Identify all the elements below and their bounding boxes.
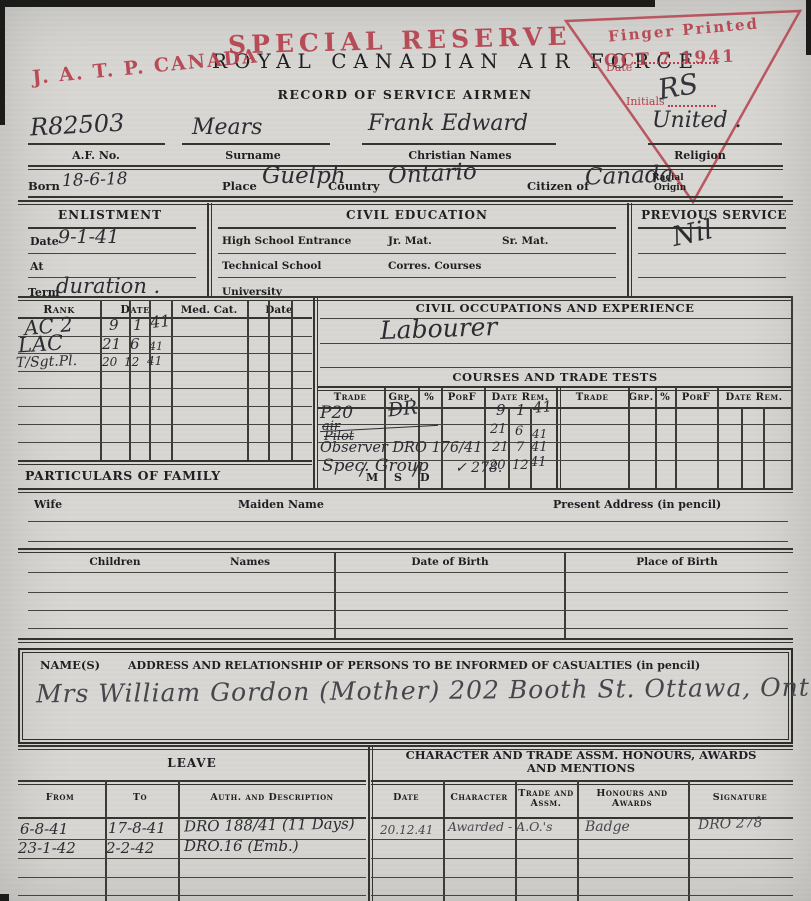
rank-row-value: 41 <box>147 355 162 367</box>
courses-header: COURSES AND TRADE TESTS <box>452 372 657 384</box>
char-honours-header: Awards <box>612 799 652 809</box>
enlist-at-label: At <box>30 261 43 272</box>
date-stamp-label: Date <box>606 62 632 73</box>
racial-origin-label: Racial <box>652 174 684 183</box>
born-value: 18-6-18 <box>62 171 128 190</box>
names-header: Names <box>230 557 270 568</box>
rule <box>18 424 312 425</box>
course-row-value: 41 <box>532 399 552 416</box>
corres-label: Corres. Courses <box>388 261 481 272</box>
rule <box>577 780 579 901</box>
maiden-name-label: Maiden Name <box>238 499 324 510</box>
character-row-value: 20.12.41 <box>380 824 433 836</box>
family-tick: ∕ <box>360 461 366 479</box>
rule <box>28 521 788 522</box>
course-row-value: 12 <box>512 459 529 472</box>
char-date-header: Date <box>393 793 419 803</box>
rank-row-value: 1 <box>133 318 143 333</box>
family-m-label: M <box>366 472 378 483</box>
rule <box>556 388 561 488</box>
rule <box>171 300 173 460</box>
rule <box>18 839 366 840</box>
rule <box>18 388 312 389</box>
af-no-label: A.F. No. <box>72 150 120 161</box>
surname-label: Surname <box>225 150 281 161</box>
rule <box>18 488 793 493</box>
char-trade-header: Assm. <box>531 799 562 809</box>
enlist-date-value: 9-1-41 <box>58 228 119 247</box>
courses-col-date: Date Rem. <box>725 393 782 403</box>
initials-dotted-line <box>668 105 716 107</box>
rule <box>18 442 312 443</box>
dob-header: Date of Birth <box>411 557 488 568</box>
rule <box>318 386 791 391</box>
christian-names-value: Frank Edward <box>368 113 528 135</box>
rule <box>28 610 788 611</box>
leave-to-header: To <box>133 793 147 803</box>
rule <box>655 388 657 488</box>
country-value: Ontario <box>387 161 477 189</box>
rule <box>28 592 788 593</box>
rule <box>28 541 788 542</box>
af-no-value: R82503 <box>29 111 125 140</box>
rule <box>18 200 793 205</box>
rule <box>218 277 616 278</box>
rule <box>371 895 793 896</box>
children-header: Children <box>89 557 140 568</box>
rule <box>371 877 793 878</box>
character-row-value: Awarded - A.O.'s <box>448 821 553 834</box>
rank-row-value: 20 <box>102 356 117 368</box>
rank-row-value: T/Sgt.Pl. <box>16 354 77 370</box>
jr-mat-label: Jr. Mat. <box>388 236 432 247</box>
leave-row-value: DRO 188/41 (11 Days) <box>184 817 355 835</box>
rule <box>371 858 793 859</box>
rule <box>741 407 743 488</box>
rule <box>18 638 793 643</box>
rule <box>443 780 445 901</box>
rule <box>18 858 366 859</box>
rule <box>320 343 791 344</box>
leave-row-value: 6-8-41 <box>20 822 68 837</box>
religion-label: Religion <box>674 150 726 161</box>
course-row-value: 7 <box>516 441 524 454</box>
date-dotted-line <box>634 62 718 64</box>
rank-row-value: 6 <box>130 337 140 352</box>
character-row-value: DRO 278 <box>698 816 763 832</box>
rank-row-value: 12 <box>124 356 139 368</box>
rule <box>638 253 786 254</box>
rule <box>28 253 196 254</box>
courses-col-porf: PorF <box>448 393 477 403</box>
rule <box>28 196 783 198</box>
term-value: duration . <box>56 276 160 297</box>
family-d-label: D <box>420 472 430 483</box>
place-label: Place <box>222 181 257 193</box>
enlistment-header: ENLISTMENT <box>58 209 162 221</box>
sr-mat-label: Sr. Mat. <box>502 236 548 247</box>
rank-date-header: Date <box>120 304 149 315</box>
rule <box>763 407 765 488</box>
rule <box>28 143 165 145</box>
rule <box>28 572 788 573</box>
rule <box>18 895 366 896</box>
racial-origin-label: Origin <box>654 184 686 193</box>
rule <box>268 300 270 460</box>
rule <box>362 143 556 145</box>
course-row-value: 41 <box>532 428 547 440</box>
leave-from-header: From <box>46 793 74 803</box>
enlist-date-label: Date <box>30 236 59 247</box>
country-label: Country <box>328 181 380 193</box>
rule <box>688 780 690 901</box>
rank-row-value: 41 <box>149 313 171 331</box>
character-header-line1: CHARACTER AND TRADE ASSM. HONOURS, AWARD… <box>406 750 757 762</box>
leave-auth-header: Auth. and Description <box>210 793 333 803</box>
rule <box>18 406 312 407</box>
leave-header: LEAVE <box>167 757 216 769</box>
rule <box>791 296 793 488</box>
hse-label: High School Entrance <box>222 236 351 247</box>
rule <box>717 388 719 488</box>
rule <box>675 388 677 488</box>
rule <box>638 277 786 278</box>
char-signature-header: Signature <box>713 793 768 803</box>
rule <box>441 388 443 488</box>
scan-edge <box>0 894 9 901</box>
rule <box>28 628 788 629</box>
rank-row-value: 21 <box>102 337 121 352</box>
born-label: Born <box>28 181 60 193</box>
course-row-value: Observer DRO 176/41 <box>320 441 483 456</box>
rule <box>318 424 791 425</box>
surname-value: Mears <box>192 117 262 139</box>
courses-col-trade: Trade <box>334 393 367 403</box>
rule <box>371 780 793 785</box>
rule <box>320 367 791 368</box>
rule <box>564 552 566 638</box>
leave-row-value: DRO.16 (Emb.) <box>184 839 299 854</box>
rule <box>178 780 180 901</box>
rank-row-value: 9 <box>109 318 119 333</box>
course-row-value: 41 <box>531 441 548 454</box>
rule <box>18 877 366 878</box>
rule <box>129 300 131 460</box>
rule <box>18 780 366 785</box>
wife-label: Wife <box>34 499 62 510</box>
civil-education-header: CIVIL EDUCATION <box>346 209 488 221</box>
family-header: PARTICULARS OF FAMILY <box>25 470 221 483</box>
rule <box>207 203 212 296</box>
rule <box>247 300 249 460</box>
previous-service-value: Nil <box>670 216 716 251</box>
courses-col-pct: % <box>424 393 434 403</box>
rule <box>182 143 330 145</box>
course-row-value: 21 <box>490 423 507 436</box>
rule <box>334 552 336 638</box>
rule <box>515 780 517 901</box>
rule <box>18 548 793 553</box>
rule <box>628 388 630 488</box>
char-character-header: Character <box>450 793 507 803</box>
present-address-label: Present Address (in pencil) <box>553 499 721 510</box>
courses-col-grp: Grp. <box>628 393 653 403</box>
religion-value: United . <box>652 110 742 132</box>
course-row-value: 41 <box>530 456 547 469</box>
pob-header: Place of Birth <box>636 557 717 568</box>
rule <box>371 839 793 840</box>
leave-row-value: 17-8-41 <box>108 821 166 836</box>
course-row-value: 9 <box>496 403 506 418</box>
course-row-value: 1 <box>516 403 526 418</box>
rule <box>100 300 102 460</box>
rule <box>291 300 293 460</box>
rule <box>18 460 312 465</box>
course-row-value: 20 <box>489 459 506 472</box>
course-row-value: 6 <box>515 425 523 438</box>
course-row-value: DR <box>387 399 418 421</box>
names-label: NAME(S) <box>40 660 100 672</box>
initials-label: Initials <box>626 96 665 107</box>
civil-occupation-value: Labourer <box>380 314 498 343</box>
tech-school-label: Technical School <box>222 261 321 272</box>
rule <box>18 371 312 372</box>
scanned-form-page: SPECIAL RESERVE ROYAL CANADIAN AIR FORCE… <box>0 0 811 901</box>
casualties-header: ADDRESS AND RELATIONSHIP OF PERSONS TO B… <box>128 660 700 671</box>
course-row-value: 21 <box>492 441 509 454</box>
med-cat-header: Med. Cat. <box>181 305 238 316</box>
leave-row-value: 2-2-42 <box>106 841 154 856</box>
family-s-label: S <box>394 472 402 483</box>
casualties-contact-value: Mrs William Gordon (Mother) 202 Booth St… <box>36 675 810 707</box>
character-row-value: Badge <box>585 820 630 834</box>
family-tick: ∕ <box>413 461 419 479</box>
leave-row-value: 23-1-42 <box>18 841 76 856</box>
citizen-label: Citizen of <box>527 181 589 193</box>
courses-col-trade: Trade <box>576 393 609 403</box>
courses-col-pct: % <box>660 393 670 403</box>
character-header-line2: AND MENTIONS <box>527 763 635 775</box>
rule <box>218 227 616 229</box>
rule <box>627 203 632 296</box>
previous-service-header: PREVIOUS SERVICE <box>641 209 787 221</box>
rule <box>218 253 616 254</box>
courses-col-porf: PorF <box>682 393 711 403</box>
rule <box>648 143 782 145</box>
rank-row-value: 41 <box>149 341 163 352</box>
